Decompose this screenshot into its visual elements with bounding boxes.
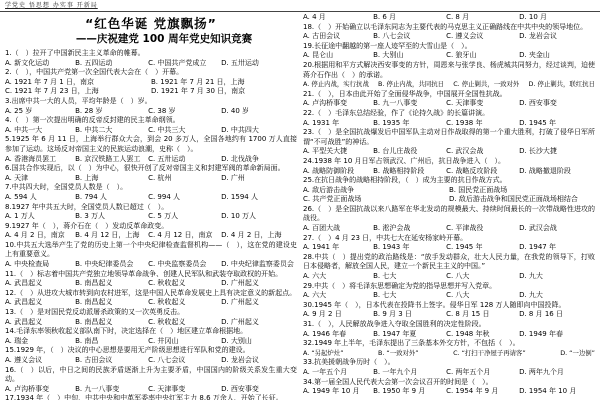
option: A. 香港海员罢工 (5, 155, 75, 165)
options-row: A. 1949 年 10 月B. 1950 年 9 月C. 1954 年 9 月… (303, 387, 595, 397)
page-title: “红色华诞 党旗飘扬” (5, 15, 297, 32)
quiz-document-page: 学党史 悟思想 办实事 开新局 “红色华诞 党旗飘扬” ——庆祝建党 100 周… (0, 0, 600, 400)
question-text: 32.1949 年上半年，毛泽东提出了三条基本外交方针，不包括（ ）。 (303, 339, 595, 349)
options-row: A. 594 人B. 794 人C. 994 人D. 1594 人 (5, 193, 297, 203)
option: B. 大别山 (373, 51, 446, 61)
option: A. 1921 年 7 月 1 日，南京 (5, 78, 151, 88)
option: A. 1946 年春 (303, 330, 373, 340)
option: C. 994 人 (148, 193, 221, 203)
option: A. 卢沟桥事变 (5, 385, 75, 395)
option: A. 遵义会议 (5, 356, 75, 366)
option: C. 两年五个月 (446, 368, 519, 378)
option: C. 五卅运动 (148, 155, 221, 165)
option: A. 1931 年 (303, 119, 373, 129)
option: B. 台儿庄战役 (373, 147, 446, 157)
option: D. 广州 (221, 174, 297, 184)
option: A. 古田会议 (303, 32, 373, 42)
question-text: 14.毛泽东率领秋收起义部队南下时，决定选择在（ ）地区建立革命根据地。 (5, 327, 297, 337)
option: A. 六大 (303, 272, 373, 282)
question-text: 8.1927 年中共五大时，全国党员人数已超过（ ）。 (5, 203, 297, 213)
option: B. 一年九个月 (373, 368, 446, 378)
option: D. 1954 年 10 月 (519, 387, 595, 397)
options-row: A. 六大B. 七大C. 八大D. 九大 (303, 291, 595, 301)
option: D. 五卅运动 (221, 59, 297, 69)
option: D. 敌后游击战争和国民党正面战场相结合 (449, 195, 595, 205)
question-text: 31.（ ），人民解放战争进入夺取全国胜利的决定性阶段。 (303, 320, 595, 330)
options-row: A. 武昌起义B. 南昌起义C. 秋收起义D. 广州起义 (5, 298, 297, 308)
option: A. 平型关大捷 (303, 147, 373, 157)
option: A. “另起炉灶” (303, 349, 344, 359)
option: A. 卢沟桥事变 (303, 99, 373, 109)
option: C. 秋收起义 (148, 298, 221, 308)
option: C. 4 月 12 日，南京 (148, 231, 221, 241)
question-text: 1.（ ）拉开了中国新民主主义革命的帷幕。 (5, 49, 297, 59)
right-column: A. 4 月B. 6 月C. 8 月D. 10 月18.（ ）开始确立以毛泽东同… (303, 13, 595, 397)
option: A. 9 月 2 日 (303, 310, 373, 320)
question-text: 3.出席中共一大的人员，平均年龄是（ ）岁。 (5, 97, 297, 107)
option: B. 1947 年夏 (373, 330, 446, 340)
option: D. 1945 年 (519, 119, 595, 129)
question-text: 24.1938 年 10 月日军占领武汉、广州后，抗日战争进入（ ）。 (303, 157, 595, 167)
question-text: 26.（ ）是全国抗战以来八路军在华北发动的规模最大、持续时间最长的一次带战略性… (303, 205, 595, 224)
options-row: A. 瑞金B. 南昌C. 井冈山D. 大别山 (5, 337, 297, 347)
option: A. 1941 年 (303, 243, 373, 253)
option: A. 594 人 (5, 193, 75, 203)
options-row: A. 平型关大捷B. 台儿庄战役C. 武汉会战D. 长沙大捷 (303, 147, 595, 157)
options-row: A. 新文化运动B. 五四运动C. 中国共产党成立D. 五卅运动 (5, 59, 297, 69)
option: D. 武汉会战 (519, 224, 595, 234)
options-row: A. 战略防御阶段B. 战略相持阶段C. 战略反攻阶段D. 战略撤退阶段 (303, 167, 595, 177)
option: D. 10 月 (519, 13, 595, 23)
question-text: 25.在抗日战争的战略相持阶段，（ ）成为主要的抗日作战方式。 (303, 176, 595, 186)
option: C. 战略反攻阶段 (446, 167, 519, 177)
option: B. 五四运动 (75, 59, 148, 69)
option: B. 淞沪会战 (373, 224, 446, 234)
option: A. 停止内战，实行抗战 (303, 80, 369, 90)
option: C. 中共三大 (148, 126, 221, 136)
option: D. 1594 人 (221, 193, 297, 203)
options-row: A. 一年五个月B. 一年九个月C. 两年五个月D. 两年九个月 (303, 368, 595, 378)
option: C. “打扫干净屋子再请客” (453, 349, 526, 359)
question-text: 33.抗美援朝战争历时（ ）。 (303, 358, 595, 368)
question-text: 18.（ ）开始确立以毛泽东同志为主要代表的马克思主义正确路线在中共中央的领导地… (303, 23, 595, 33)
option: A. 敌后游击战争 (303, 186, 449, 196)
option: A. 六大 (303, 291, 373, 301)
question-text: 7.中共四大时，全国党员人数是（ ）。 (5, 183, 297, 193)
option: C. 8 月 15 日 (446, 310, 519, 320)
option: A. 百团大战 (303, 224, 373, 234)
option: B. 京汉铁路工人罢工 (75, 155, 148, 165)
options-row: A. 1 万人B. 3 万人C. 5 万人D. 10 万人 (5, 212, 297, 222)
question-text: 20.根据用和平方式解决西安事变的方针，周恩来与张学良、杨虎城共同努力，经过谈判… (303, 61, 595, 80)
option: B. 1935 年 (373, 119, 446, 129)
option: C. 38 岁 (148, 107, 221, 117)
options-row: A. 中央检查局B. 中央纪律委员会C. 中央监察委员会D. 中央纪律监察委员会 (5, 260, 297, 270)
option: B. 南昌起义 (75, 298, 148, 308)
option: C. 秋收起义 (148, 318, 221, 328)
options-row: A. 停止内战，实行抗战B. 停止内战，共同抗日C. 停止剿共，一致对外D. 停… (303, 80, 595, 90)
option: B. 古田会议 (75, 356, 148, 366)
question-text: 17.1934 年（ ）中旬，中共中央和中革军委率中央红军主力 8.6 万余人，… (5, 394, 297, 400)
option: A. 4 月 2 日，南京 (5, 231, 75, 241)
option: D. 40 岁 (221, 107, 297, 117)
option: C. 武汉会战 (446, 147, 519, 157)
option: D. 4 月 2 日，上海 (221, 231, 297, 241)
option: C. 天津事变 (446, 99, 519, 109)
option: B. 南昌 (75, 337, 148, 347)
question-text: 28.中共（ ）提出党的政治路线是：“放手发动群众，壮大人民力量，在我党的领导下… (303, 253, 595, 272)
option: D. 1921 年 7 月 30 日，南京 (151, 87, 297, 97)
option: D. 两年九个月 (519, 368, 595, 378)
question-text: 29.中共（ ）将毛泽东思想确定为党的指导思想并写入党章。 (303, 282, 595, 292)
option: B. 战略相持阶段 (373, 167, 446, 177)
left-column: “红色华诞 党旗飘扬” ——庆祝建党 100 周年党史知识竞赛 1.（ ）拉开了… (5, 13, 297, 400)
option: C. 杭州 (148, 174, 221, 184)
option: B. 1943 年 (373, 243, 446, 253)
question-text: 27.（ ）4 月 23 日，中共七大在延安杨家岭开幕。 (303, 234, 595, 244)
options-row: A. 武昌起义B. 南昌起义C. 秋收起义D. 广州起义 (5, 318, 297, 328)
options-row: A. 天津B. 上海C. 杭州D. 广州 (5, 174, 297, 184)
option: A. 战略防御阶段 (303, 167, 373, 177)
option: A. 瑞金 (5, 337, 75, 347)
question-text: 11.（ ）标志着中国共产党独立地领导革命战争、创建人民军队和武装夺取政权的开始… (5, 270, 297, 280)
option: B. 九一八事变 (373, 99, 446, 109)
option: C. 共产党正面战场 (303, 195, 449, 205)
options-row: A. 1941 年B. 1943 年C. 1945 年D. 1947 年 (303, 243, 595, 253)
option: A. 武昌起义 (5, 298, 75, 308)
options-row: A. 9 月 2 日B. 9 月 3 日C. 8 月 15 日D. 8 月 16… (303, 310, 595, 320)
option: A. 武昌起义 (5, 318, 75, 328)
question-text: 12.（ ）从进攻大城市转到向农村进军，这是中国人民革命发展史上具有决定意义的新… (5, 289, 297, 299)
option: D. 龙岩会议 (221, 356, 297, 366)
option: D. 九大 (519, 272, 595, 282)
option: D. 广州起义 (221, 318, 297, 328)
option: C. 狼牙山 (446, 51, 519, 61)
question-text: 13.（ ）是对国民党反动派屠杀政策的又一次英勇反击。 (5, 308, 297, 318)
option: D. 夹金山 (519, 51, 595, 61)
option: C. 中央监察委员会 (148, 260, 221, 270)
option: C. 1948 年秋 (446, 330, 519, 340)
option: D. 8 月 16 日 (519, 310, 595, 320)
question-text: 9.1927 年（ ），蒋介石在（ ）发动反革命政变。 (5, 222, 297, 232)
option: C. 秋收起义 (148, 279, 221, 289)
options-row: A. 1946 年春B. 1947 年夏C. 1948 年秋D. 1949 年春 (303, 330, 595, 340)
options-row: A. 1921 年 7 月 1 日，南京B. 1921 年 7 月 21 日，上… (5, 78, 297, 97)
option: A. 4 月 (303, 13, 373, 23)
option: B. 794 人 (75, 193, 148, 203)
option: D. 长沙大捷 (519, 147, 595, 157)
page-subtitle: ——庆祝建党 100 周年党史知识竞赛 (5, 32, 297, 47)
option: B. 1950 年 9 月 (373, 387, 446, 397)
options-row: A. 4 月B. 6 月C. 8 月D. 10 月 (303, 13, 595, 23)
option: B. 停止内战，共同抗日 (378, 80, 444, 90)
options-row: A. 武昌起义B. 南昌起义C. 秋收起义D. 广州起义 (5, 279, 297, 289)
option: C. 8 月 (446, 13, 519, 23)
options-row: A. 1931 年B. 1935 年C. 1938 年D. 1945 年 (303, 119, 595, 129)
option: B. 28 岁 (75, 107, 148, 117)
option: D. 停止剿共，联红抗日 (528, 80, 595, 90)
option: B. 八七会议 (373, 32, 446, 42)
option: A. 中共一大 (5, 126, 75, 136)
option: B. 九一八事变 (75, 385, 148, 395)
option: D. 大别山 (221, 337, 297, 347)
question-text: 15.1929 年，（ ）决议的中心思想是要用无产阶级思想进行军队和党的建设。 (5, 346, 297, 356)
question-text: 23.（ ）是全国抗战爆发后中国军队主动对日作战取得的第一个重大胜利，打破了侵华… (303, 128, 595, 147)
option: A. 新文化运动 (5, 59, 75, 69)
question-text: 4.（ ）第一次提出明确的反帝反封建的民主革命纲领。 (5, 116, 297, 126)
question-text: 16.（ ）以后，中日之间的民族矛盾逐渐上升为主要矛盾，中国国内的阶级关系发生重… (5, 366, 297, 385)
option: C. 中国共产党成立 (148, 59, 221, 69)
question-text: 5.1925 年 6 月 11 日，上海举行群众大会，到会 20 多万人，全国各… (5, 135, 297, 154)
option: D. 西安事变 (519, 99, 595, 109)
option: B. 中央纪律委员会 (75, 260, 148, 270)
option: A. 一年五个月 (303, 368, 373, 378)
option: D. 广州起义 (221, 298, 297, 308)
options-row: A. 遵义会议B. 古田会议C. 八七会议D. 龙岩会议 (5, 356, 297, 366)
option: C. 1945 年 (446, 243, 519, 253)
options-row: A. 敌后游击战争B. 国民党正面战场C. 共产党正面战场D. 敌后游击战争和国… (303, 186, 595, 205)
option: A. 天津 (5, 174, 75, 184)
option: D. 中央纪律监察委员会 (221, 260, 297, 270)
option: B. 南昌起义 (75, 318, 148, 328)
option: D. 中共四大 (221, 126, 297, 136)
option: C. 平津战役 (446, 224, 519, 234)
options-row: A. 卢沟桥事变B. 九一八事变C. 天津事变D. 西安事变 (5, 385, 297, 395)
option: A. 1949 年 10 月 (303, 387, 373, 397)
option: B. 七大 (373, 272, 446, 282)
option: C. 1954 年 9 月 (446, 387, 519, 397)
option: B. 9 月 3 日 (373, 310, 446, 320)
option: B. 中共二大 (75, 126, 148, 136)
question-text: 30.1945 年（ ），日本代表在投降书上签字。侵华日军 128 万人随即向中… (303, 301, 595, 311)
question-text: 6.国共合作实现后，以（ ）为中心，很快开创了反对帝国主义和封建军阀的革命新局面… (5, 164, 297, 174)
option: C. 遵义会议 (446, 32, 519, 42)
option: B. 国民党正面战场 (449, 186, 595, 196)
option: B. 3 万人 (75, 212, 148, 222)
option: D. 西安事变 (221, 385, 297, 395)
header-slogan: 学党史 悟思想 办实事 开新局 (5, 2, 98, 10)
options-row: A. “另起炉灶”B. “一致对外”C. “打扫干净屋子再请客”D. “一边倒” (303, 349, 595, 359)
option: B. 1921 年 7 月 21 日，上海 (151, 78, 297, 88)
option: D. 战略撤退阶段 (519, 167, 595, 177)
option: C. 1921 年 7 月 23 日，上海 (5, 87, 151, 97)
option: C. 八大 (446, 291, 519, 301)
option: A. 1 万人 (5, 212, 75, 222)
option: B. 南昌起义 (75, 279, 148, 289)
option: A. 昆仑山 (303, 51, 373, 61)
question-text: 2.（ ），中国共产党第一次全国代表大会在（ ）开幕。 (5, 68, 297, 78)
question-text: 22.（ ）毛泽东总结经验，作了《论持久战》的长篇讲演。 (303, 109, 595, 119)
option: B. 6 月 (373, 13, 446, 23)
option: C. 停止剿共，一致对外 (453, 80, 519, 90)
options-row: A. 4 月 2 日，南京B. 4 月 12 日，上海C. 4 月 12 日，南… (5, 231, 297, 241)
option: C. 井冈山 (148, 337, 221, 347)
question-text: 10.中共五大选举产生了党的历史上第一个中央纪律检查监督机构——（ ），这在党的… (5, 241, 297, 260)
option: B. 上海 (75, 174, 148, 184)
option: A. 武昌起义 (5, 279, 75, 289)
option: C. 1938 年 (446, 119, 519, 129)
options-row: A. 25 岁B. 28 岁C. 38 岁D. 40 岁 (5, 107, 297, 117)
option: C. 八大 (446, 272, 519, 282)
option: B. “一致对外” (378, 349, 419, 359)
option: A. 25 岁 (5, 107, 75, 117)
options-row: A. 六大B. 七大C. 八大D. 九大 (303, 272, 595, 282)
options-row: A. 中共一大B. 中共二大C. 中共三大D. 中共四大 (5, 126, 297, 136)
option: D. 1949 年春 (519, 330, 595, 340)
option: B. 七大 (373, 291, 446, 301)
option: D. 1947 年 (519, 243, 595, 253)
option: D. 10 万人 (221, 212, 297, 222)
option: A. 中央检查局 (5, 260, 75, 270)
option: D. 北伐战争 (221, 155, 297, 165)
option: B. 4 月 12 日，上海 (75, 231, 148, 241)
options-row: A. 香港海员罢工B. 京汉铁路工人罢工C. 五卅运动D. 北伐战争 (5, 155, 297, 165)
options-row: A. 古田会议B. 八七会议C. 遵义会议D. 龙岩会议 (303, 32, 595, 42)
option: C. 天津事变 (148, 385, 221, 395)
options-row: A. 卢沟桥事变B. 九一八事变C. 天津事变D. 西安事变 (303, 99, 595, 109)
question-text: 19.长征途中翻越的第一座人迹罕至的大雪山是（ ）。 (303, 42, 595, 52)
option: C. 5 万人 (148, 212, 221, 222)
option: D. 广州起义 (221, 279, 297, 289)
option: D. 九大 (519, 291, 595, 301)
question-text: 21.（ ），日本由此开始了全面侵华战争，中国展开全国性抗战。 (303, 90, 595, 100)
option: D. 龙岩会议 (519, 32, 595, 42)
option: C. 八七会议 (148, 356, 221, 366)
options-row: A. 昆仑山B. 大别山C. 狼牙山D. 夹金山 (303, 51, 595, 61)
option: D. “一边倒” (560, 349, 595, 359)
question-text: 34.第一届全国人民代表大会第一次会议召开的时间是（ ）。 (303, 378, 595, 388)
options-row: A. 百团大战B. 淞沪会战C. 平津战役D. 武汉会战 (303, 224, 595, 234)
